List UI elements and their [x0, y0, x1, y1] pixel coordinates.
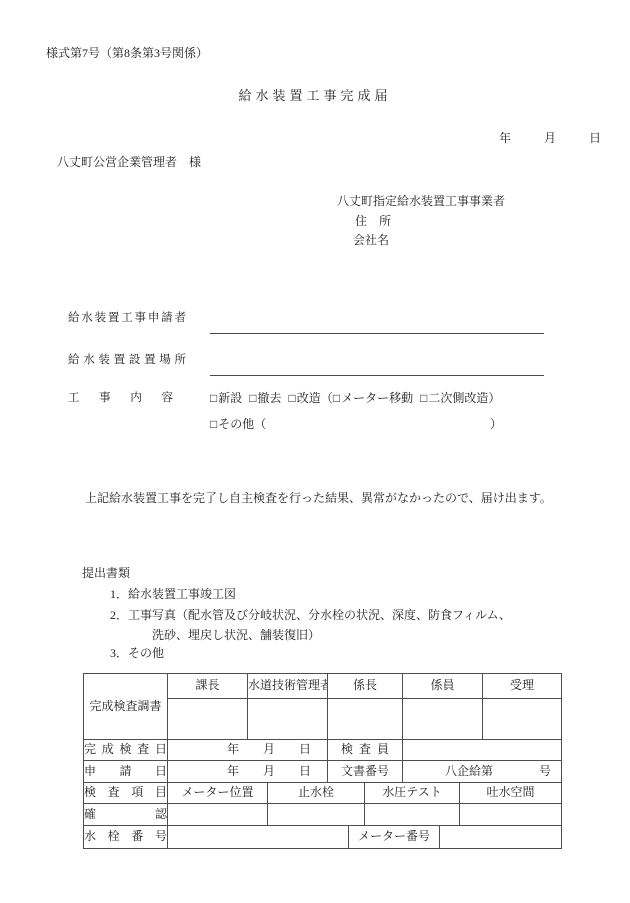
other-paren-open: （	[254, 417, 266, 431]
statement-text: 上記給水装置工事を完了し自主検査を行った結果、異常がなかったので、届け出ます。	[85, 491, 552, 506]
checkbox-secondary-remodel[interactable]: □二次側改造	[420, 391, 488, 405]
tap-number-input-cell[interactable]	[168, 826, 349, 849]
confirm-label-cell: 確認	[84, 804, 168, 826]
approval-table: 完成検査調書 課長 水道技術管理者 係長 係員 受理 完成検査日 年 月 日 検…	[83, 673, 562, 783]
checkbox-meter-move[interactable]: □メーター移動	[333, 391, 413, 405]
contractor-address-label[interactable]: 住 所	[355, 214, 391, 229]
completion-report-form: 様式第7号（第8条第3号関係） 給水装置工事完成届 年 月 日 八丈町公営企業管…	[0, 0, 630, 903]
documents-item-2-continued: 洗砂、埋戻し状況、舗装復旧）	[152, 628, 320, 643]
paren-close: ）	[488, 391, 500, 405]
documents-heading: 提出書類	[82, 566, 130, 581]
numbers-table: 水栓番号 メーター番号	[83, 825, 562, 849]
confirm-cell-stop-valve[interactable]	[268, 804, 365, 826]
stamp-cell-technical-manager[interactable]	[248, 699, 328, 740]
item-discharge-space: 吐水空間	[460, 783, 562, 804]
doc-number-prefix: 八企給第	[445, 765, 493, 778]
confirm-cell-discharge-space[interactable]	[460, 804, 562, 826]
checkbox-removal-label: 撤去	[258, 391, 282, 405]
applicant-input-line[interactable]	[210, 333, 544, 334]
checkbox-meter-move-label: メーター移動	[341, 391, 413, 405]
contractor-company-label[interactable]: 会社名	[353, 233, 389, 248]
tap-number-label-cell: 水栓番号	[84, 826, 168, 849]
checkbox-icon: □	[289, 391, 296, 405]
approval-header-section-chief: 課長	[168, 674, 248, 699]
approval-header-supervisor: 係長	[328, 674, 403, 699]
report-label-cell: 完成検査調書	[84, 674, 168, 740]
approval-header-technical-manager: 水道技術管理者	[248, 674, 328, 699]
applicant-label: 給水装置工事申請者	[68, 311, 186, 325]
checkbox-remodel-label: 改造	[297, 391, 321, 405]
item-pressure-test: 水圧テスト	[365, 783, 460, 804]
documents-item-2: 2．工事写真（配水管及び分岐状況、分水栓の状況、深度、防食フィルム、	[110, 608, 511, 623]
approval-header-staff: 係員	[403, 674, 483, 699]
inspection-items-label-cell: 検査項目	[84, 783, 168, 804]
application-date-input-cell[interactable]: 年 月 日	[168, 761, 328, 783]
checkbox-icon: □	[420, 391, 427, 405]
work-content-other-row: □その他 （ ）	[210, 417, 502, 431]
approval-header-receipt: 受理	[483, 674, 562, 699]
checkbox-other-label: その他	[218, 417, 254, 431]
documents-item-3: 3．その他	[110, 646, 164, 661]
checkbox-remodel[interactable]: □改造	[289, 391, 321, 405]
item-stop-valve: 止水栓	[268, 783, 365, 804]
inspection-items-table: 検査項目 メーター位置 止水栓 水圧テスト 吐水空間 確認	[83, 782, 562, 826]
stamp-cell-supervisor[interactable]	[328, 699, 403, 740]
doc-number-label-cell: 文書番号	[328, 761, 403, 783]
checkbox-other[interactable]: □その他	[210, 417, 254, 431]
checkbox-secondary-remodel-label: 二次側改造	[428, 391, 488, 405]
form-number: 様式第7号（第8条第3号関係）	[46, 46, 208, 61]
work-content-options: □新設 □撤去 □改造 （ □メーター移動 □二次側改造 ）	[210, 391, 500, 405]
work-content-label: 工事内容	[68, 391, 173, 405]
inspector-input-cell[interactable]	[403, 740, 562, 761]
doc-number-suffix: 号	[539, 765, 551, 778]
inspection-date-input-cell[interactable]: 年 月 日	[168, 740, 328, 761]
checkbox-icon: □	[210, 391, 217, 405]
documents-item-1: 1．給水装置工事竣工図	[110, 587, 236, 602]
addressee: 八丈町公営企業管理者 様	[57, 155, 201, 170]
checkbox-icon: □	[210, 417, 217, 431]
meter-number-input-cell[interactable]	[440, 826, 562, 849]
paren-open: （	[321, 391, 333, 405]
form-title: 給水装置工事完成届	[0, 88, 630, 104]
stamp-cell-staff[interactable]	[403, 699, 483, 740]
office-use-section: 完成検査調書 課長 水道技術管理者 係長 係員 受理 完成検査日 年 月 日 検…	[83, 673, 562, 849]
stamp-cell-receipt[interactable]	[483, 699, 562, 740]
checkbox-removal[interactable]: □撤去	[249, 391, 281, 405]
contractor-heading: 八丈町指定給水装置工事事業者	[337, 194, 505, 209]
checkbox-new-label: 新設	[218, 391, 242, 405]
inspection-date-label-cell: 完成検査日	[84, 740, 168, 761]
inspector-label-cell: 検査員	[328, 740, 403, 761]
checkbox-icon: □	[333, 391, 340, 405]
confirm-cell-meter-position[interactable]	[168, 804, 268, 826]
item-meter-position: メーター位置	[168, 783, 268, 804]
checkbox-new[interactable]: □新設	[210, 391, 242, 405]
confirm-cell-pressure-test[interactable]	[365, 804, 460, 826]
application-date-label-cell: 申請日	[84, 761, 168, 783]
date-field[interactable]: 年 月 日	[499, 131, 604, 146]
doc-number-input-cell[interactable]: 八企給第 号	[403, 761, 562, 783]
location-label: 給水装置設置場所	[68, 353, 186, 367]
meter-number-label-cell: メーター番号	[349, 826, 440, 849]
other-paren-close: ）	[490, 417, 502, 431]
stamp-cell-section-chief[interactable]	[168, 699, 248, 740]
checkbox-icon: □	[249, 391, 256, 405]
location-input-line[interactable]	[210, 375, 544, 376]
